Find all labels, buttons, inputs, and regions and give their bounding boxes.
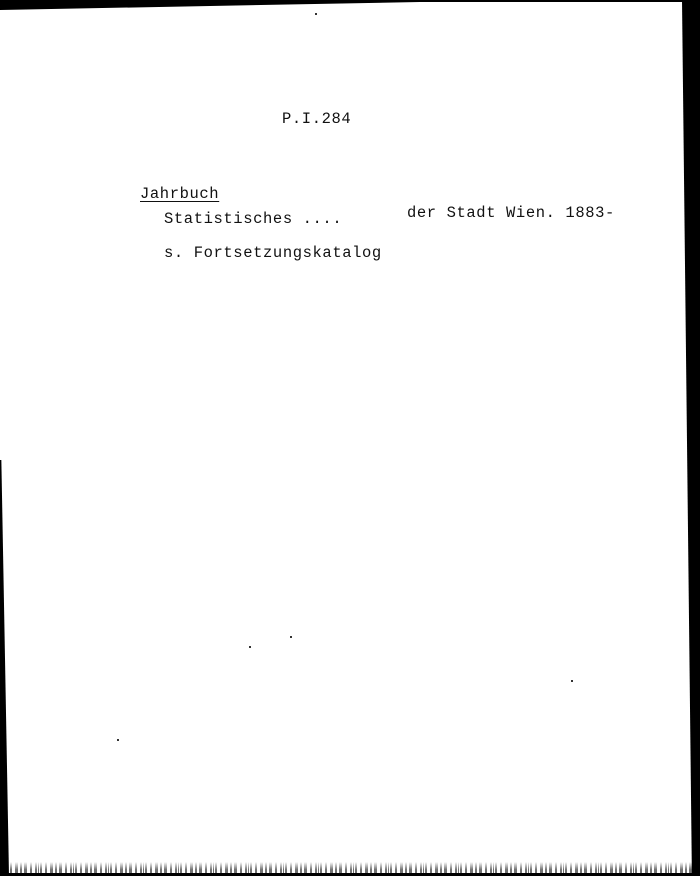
scan-border-left <box>0 460 9 876</box>
catalog-card: P.I.284 Jahrbuch Statistisches .... der … <box>0 0 700 876</box>
heading-keyword: Jahrbuch <box>140 187 219 203</box>
scan-border-right <box>682 0 700 876</box>
scan-speck <box>249 646 251 648</box>
cross-reference: s. Fortsetzungskatalog <box>164 246 382 262</box>
scan-speck <box>315 13 317 15</box>
title-part-2: der Stadt Wien. 1883- <box>407 206 615 222</box>
scan-border-top <box>0 0 700 10</box>
scan-speck <box>571 680 573 682</box>
title-part-1: Statistisches .... <box>164 212 342 228</box>
call-number: P.I.284 <box>282 112 351 128</box>
scan-speck <box>117 739 119 741</box>
scan-speck <box>290 636 292 638</box>
